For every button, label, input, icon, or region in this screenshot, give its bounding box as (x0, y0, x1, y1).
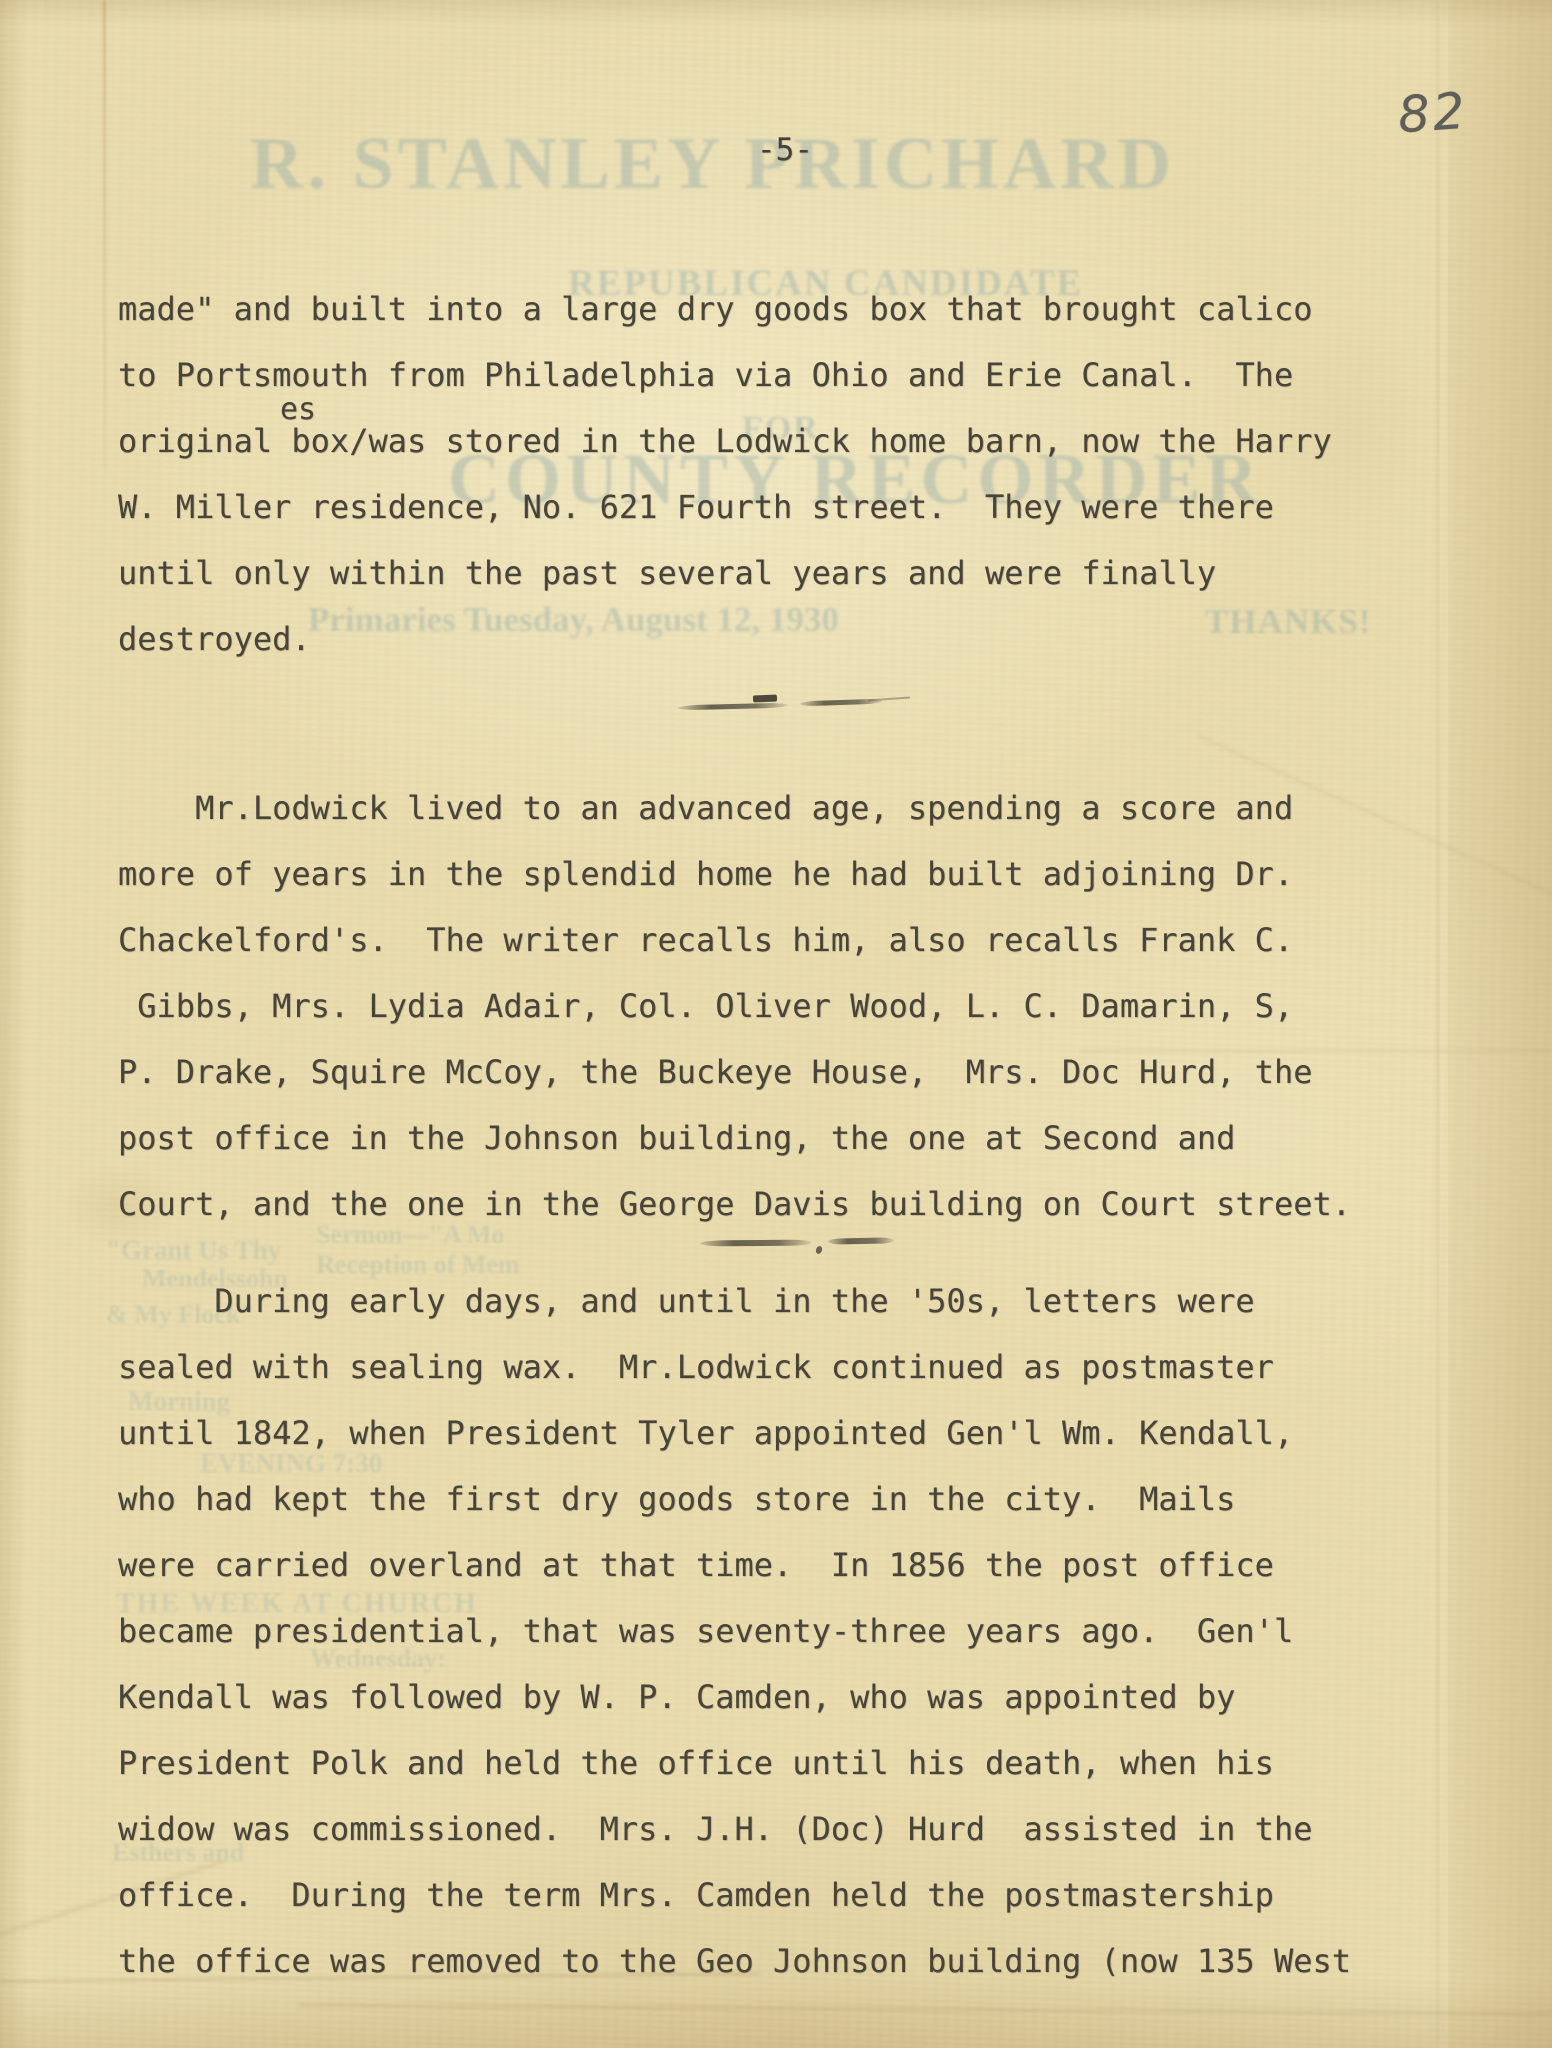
typed-line: the office was removed to the Geo Johnso… (118, 1928, 1418, 1994)
typed-line: post office in the Johnson building, the… (118, 1105, 1418, 1171)
typed-line: office. During the term Mrs. Camden held… (118, 1862, 1418, 1928)
typed-line: Mr.Lodwick lived to an advanced age, spe… (118, 775, 1418, 841)
typed-line: destroyed. (118, 606, 1418, 672)
manuscript-page: R. STANLEY PRICHARD REPUBLICAN CANDIDATE… (0, 0, 1552, 2048)
page-number: -5- (757, 132, 813, 168)
typed-line: During early days, and until in the '50s… (118, 1268, 1418, 1334)
typed-line: Gibbs, Mrs. Lydia Adair, Col. Oliver Woo… (118, 973, 1418, 1039)
typed-line: until only within the past several years… (118, 540, 1418, 606)
typed-line: became presidential, that was seventy-th… (118, 1598, 1418, 1664)
typed-line: more of years in the splendid home he ha… (118, 841, 1418, 907)
typed-line: widow was commissioned. Mrs. J.H. (Doc) … (118, 1796, 1418, 1862)
typed-line: made" and built into a large dry goods b… (118, 276, 1418, 342)
typed-line: W. Miller residence, No. 621 Fourth stre… (118, 474, 1418, 540)
typed-line: Court, and the one in the George Davis b… (118, 1171, 1418, 1237)
typed-line: were carried overland at that time. In 1… (118, 1532, 1418, 1598)
typed-line: President Polk and held the office until… (118, 1730, 1418, 1796)
handwritten-page-note: 82 (1396, 82, 1470, 145)
typed-line: sealed with sealing wax. Mr.Lodwick cont… (118, 1334, 1418, 1400)
typed-insertion-es: es (280, 392, 316, 427)
typed-line: who had kept the first dry goods store i… (118, 1466, 1418, 1532)
typed-paragraph-3: During early days, and until in the '50s… (118, 1268, 1418, 1994)
typed-line: Kendall was followed by W. P. Camden, wh… (118, 1664, 1418, 1730)
typed-line: Chackelford's. The writer recalls him, a… (118, 907, 1418, 973)
typed-paragraph-2: Mr.Lodwick lived to an advanced age, spe… (118, 775, 1418, 1237)
typed-line: until 1842, when President Tyler appoint… (118, 1400, 1418, 1466)
typed-paragraph-1: made" and built into a large dry goods b… (118, 276, 1418, 672)
typed-line: P. Drake, Squire McCoy, the Buckeye Hous… (118, 1039, 1418, 1105)
typed-text-layer: -5- 82 made" and built into a large dry … (0, 0, 1552, 2048)
